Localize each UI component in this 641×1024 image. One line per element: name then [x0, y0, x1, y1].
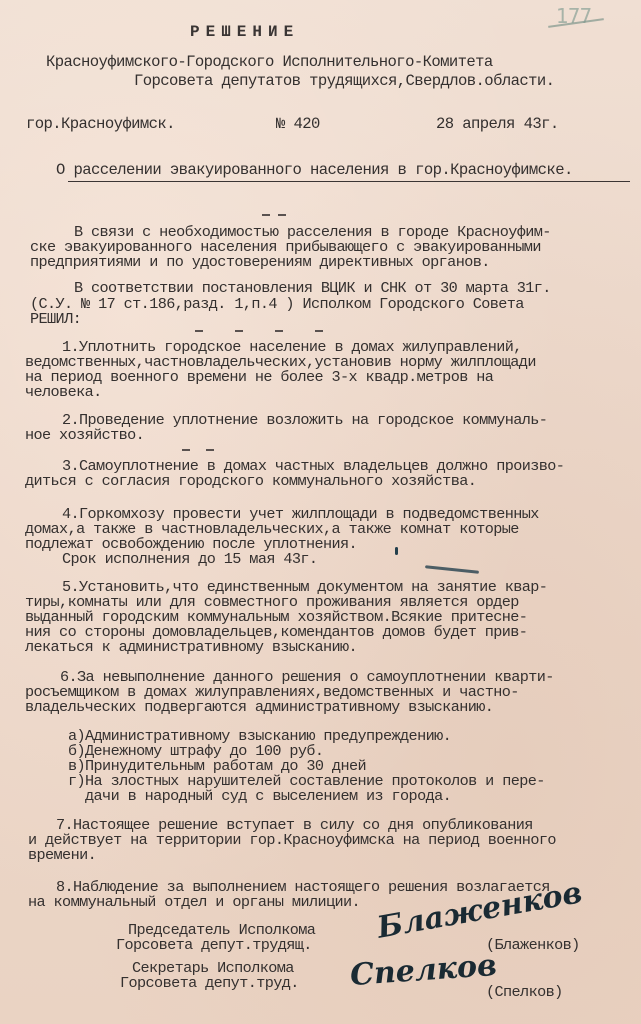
ink-blot — [395, 547, 398, 555]
separator-dash — [315, 330, 323, 332]
document-number: № 420 — [276, 117, 320, 132]
document-subject: О расселении эвакуированного населения в… — [56, 163, 573, 178]
basis-line: (С.У. № 17 ст.186,разд. 1,п.4 ) Исполком… — [30, 297, 524, 312]
secretary-name: (Спелков) — [486, 985, 563, 1000]
item-2-line: ное хозяйство. — [25, 428, 144, 443]
resolution-decided: РЕШИЛ: — [30, 312, 81, 327]
item-6-penalty: дачи в народный суд с выселением из горо… — [68, 789, 451, 804]
item-6-line: владельческих подвергаются административ… — [25, 700, 493, 715]
item-1-line: человека. — [25, 385, 102, 400]
item-5-line: лекаться к административному взысканию. — [25, 640, 357, 655]
item-7-line: и действует на территории гор.Красноуфим… — [28, 833, 556, 848]
secretary-signature: Спелков — [349, 948, 498, 993]
document-page: 177 РЕШЕНИЕ Красноуфимского-Городского И… — [0, 0, 641, 1024]
document-place: гор.Красноуфимск. — [26, 117, 175, 132]
document-heading: РЕШЕНИЕ — [190, 23, 299, 41]
item-7-line: времени. — [28, 848, 96, 863]
separator-dash — [206, 449, 214, 451]
chairman-title-2: Горсовета депут.трудящ. — [116, 938, 312, 953]
basis-line: В соответствии постановления ВЦИК и СНК … — [74, 281, 551, 296]
ink-blot — [425, 565, 479, 574]
separator-dash — [275, 330, 283, 332]
preamble-line: предприятиями и по удостоверениям директ… — [30, 255, 490, 270]
separator-dash — [182, 449, 190, 451]
secretary-title-2: Горсовета депут.труд. — [120, 976, 299, 991]
separator-dash — [278, 214, 286, 216]
separator-dash — [262, 214, 270, 216]
item-3-line: диться с согласия городского коммунально… — [25, 474, 476, 489]
issuer-line-2: Горсовета депутатов трудящихся,Свердлов.… — [134, 74, 554, 89]
item-8-line: на коммунальный отдел и органы милиции. — [28, 895, 360, 910]
item-4-deadline: Срок исполнения до 15 мая 43г. — [62, 552, 317, 567]
document-date: 28 апреля 43г. — [436, 117, 559, 132]
separator-dash — [235, 330, 243, 332]
separator-dash — [195, 330, 203, 332]
chairman-name: (Блаженков) — [486, 938, 580, 953]
subject-underline — [68, 181, 630, 182]
issuer-line-1: Красноуфимского-Городского Исполнительно… — [46, 55, 493, 70]
